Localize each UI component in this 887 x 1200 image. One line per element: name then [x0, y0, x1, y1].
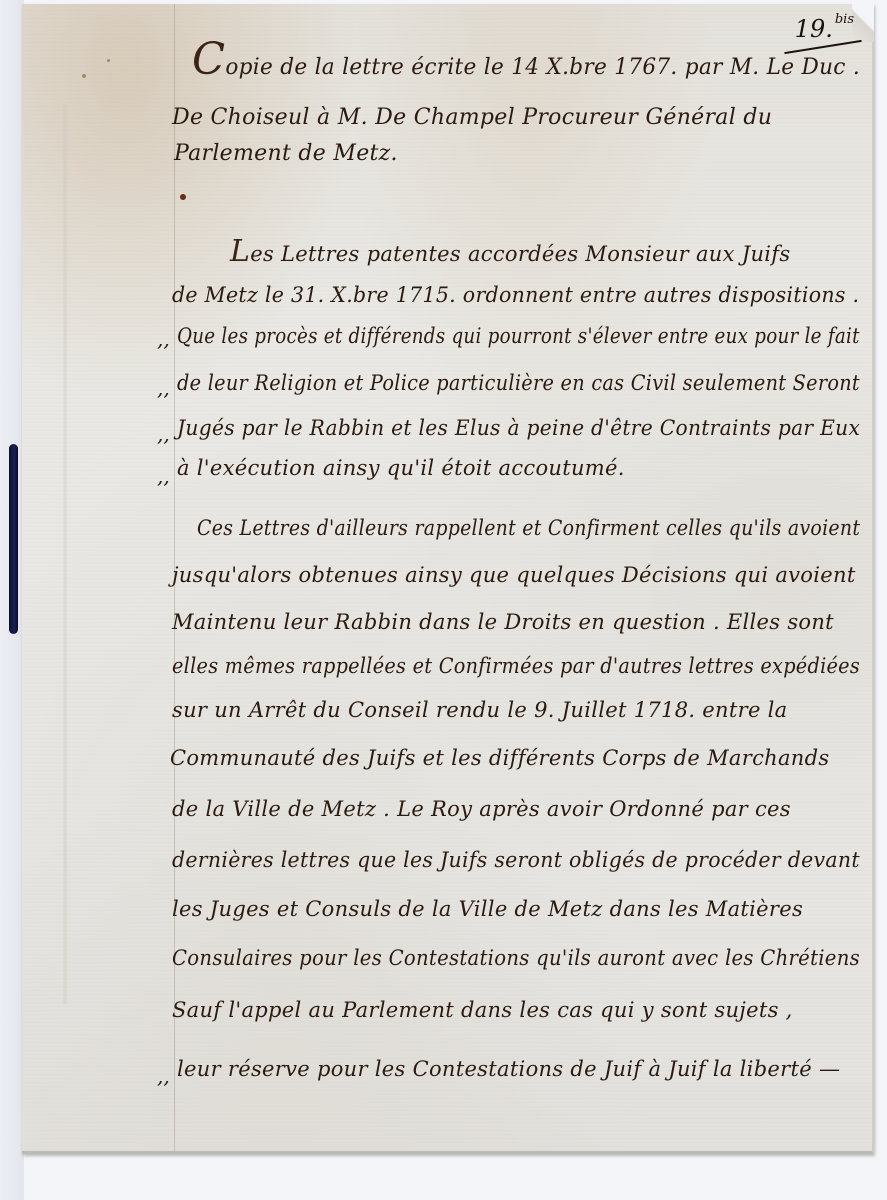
paper-crease: [62, 104, 68, 1004]
paragraph-line: dernières lettres que les Juifs seront o…: [172, 848, 860, 872]
line-text: de leur Religion et Police particulière …: [177, 371, 860, 395]
ink-stain: [180, 194, 186, 200]
paragraph-line: de leur Religion et Police particulière …: [177, 371, 860, 395]
foxing-spot: [82, 74, 86, 78]
quotation-mark: ,,: [157, 1064, 170, 1088]
line-text: Consulaires pour les Contestations qu'il…: [172, 946, 860, 970]
paragraph-line: jusqu'alors obtenues ainsy que quelques …: [172, 563, 856, 587]
paragraph-line: Ces Lettres d'ailleurs rappellent et Con…: [197, 516, 860, 540]
paragraph-line: Communauté des Juifs et les différents C…: [170, 746, 829, 770]
heading-line-1: Copie de la lettre écrite le 14 X.bre 17…: [192, 34, 860, 85]
quotation-mark: ,,: [157, 376, 170, 400]
quotation-mark: ,,: [157, 422, 170, 446]
line-text: Jugés par le Rabbin et les Elus à peine …: [177, 416, 860, 440]
quotation-mark: ,,: [157, 464, 170, 488]
line-text: es Lettres patentes accordées Monsieur a…: [250, 242, 790, 266]
line-text: les Juges et Consuls de la Ville de Metz…: [172, 897, 803, 921]
heading-text: Parlement de Metz.: [174, 141, 398, 166]
paragraph-line: Les Lettres patentes accordées Monsieur …: [230, 234, 790, 269]
heading-line-2: De Choiseul à M. De Champel Procureur Gé…: [172, 105, 772, 130]
paragraph-line: leur réserve pour les Contestations de J…: [177, 1057, 840, 1081]
paragraph-line: Consulaires pour les Contestations qu'il…: [172, 946, 860, 970]
paragraph-line: Jugés par le Rabbin et les Elus à peine …: [177, 416, 860, 440]
heading-text: opie de la lettre écrite le 14 X.bre 176…: [225, 55, 860, 80]
paragraph-line: Sauf l'appel au Parlement dans les cas q…: [172, 998, 793, 1022]
line-text: jusqu'alors obtenues ainsy que quelques …: [172, 563, 856, 587]
line-text: Sauf l'appel au Parlement dans les cas q…: [172, 998, 793, 1022]
paragraph-line: à l'exécution ainsy qu'il étoit accoutum…: [177, 456, 625, 480]
binding-ribbon: [9, 444, 18, 634]
heading-line-3: Parlement de Metz.: [174, 141, 398, 166]
paragraph-line: sur un Arrêt du Conseil rendu le 9. Juil…: [172, 698, 787, 722]
line-text: Que les procès et différends qui pourron…: [177, 324, 860, 348]
manuscript-page: 19.bis Copie de la lettre écrite le 14 X…: [22, 4, 874, 1154]
quotation-mark: ,,: [157, 327, 170, 351]
line-text: Communauté des Juifs et les différents C…: [170, 746, 829, 770]
paragraph-line: les Juges et Consuls de la Ville de Metz…: [172, 897, 803, 921]
line-text: à l'exécution ainsy qu'il étoit accoutum…: [177, 456, 625, 480]
heading-text: De Choiseul à M. De Champel Procureur Gé…: [172, 105, 772, 130]
line-text: leur réserve pour les Contestations de J…: [177, 1057, 840, 1081]
paragraph-line: Maintenu leur Rabbin dans le Droits en q…: [172, 610, 834, 634]
foxing-spot: [107, 59, 110, 62]
line-text: Maintenu leur Rabbin dans le Droits en q…: [172, 610, 834, 634]
heading-initial: C: [192, 34, 225, 85]
paragraph-line: elles mêmes rappellées et Confirmées par…: [172, 654, 860, 678]
line-text: de Metz le 31. X.bre 1715. ordonnent ent…: [172, 283, 859, 307]
paragraph-line: de la Ville de Metz . Le Roy après avoir…: [172, 797, 791, 821]
line-text: sur un Arrêt du Conseil rendu le 9. Juil…: [172, 698, 787, 722]
line-text: Ces Lettres d'ailleurs rappellent et Con…: [197, 516, 860, 540]
folio-suffix: bis: [835, 12, 854, 27]
paragraph-initial: L: [230, 234, 250, 269]
line-text: elles mêmes rappellées et Confirmées par…: [172, 654, 860, 678]
line-text: dernières lettres que les Juifs seront o…: [172, 848, 860, 872]
paragraph-line: Que les procès et différends qui pourron…: [177, 324, 860, 348]
line-text: de la Ville de Metz . Le Roy après avoir…: [172, 797, 791, 821]
paragraph-line: de Metz le 31. X.bre 1715. ordonnent ent…: [172, 283, 859, 307]
